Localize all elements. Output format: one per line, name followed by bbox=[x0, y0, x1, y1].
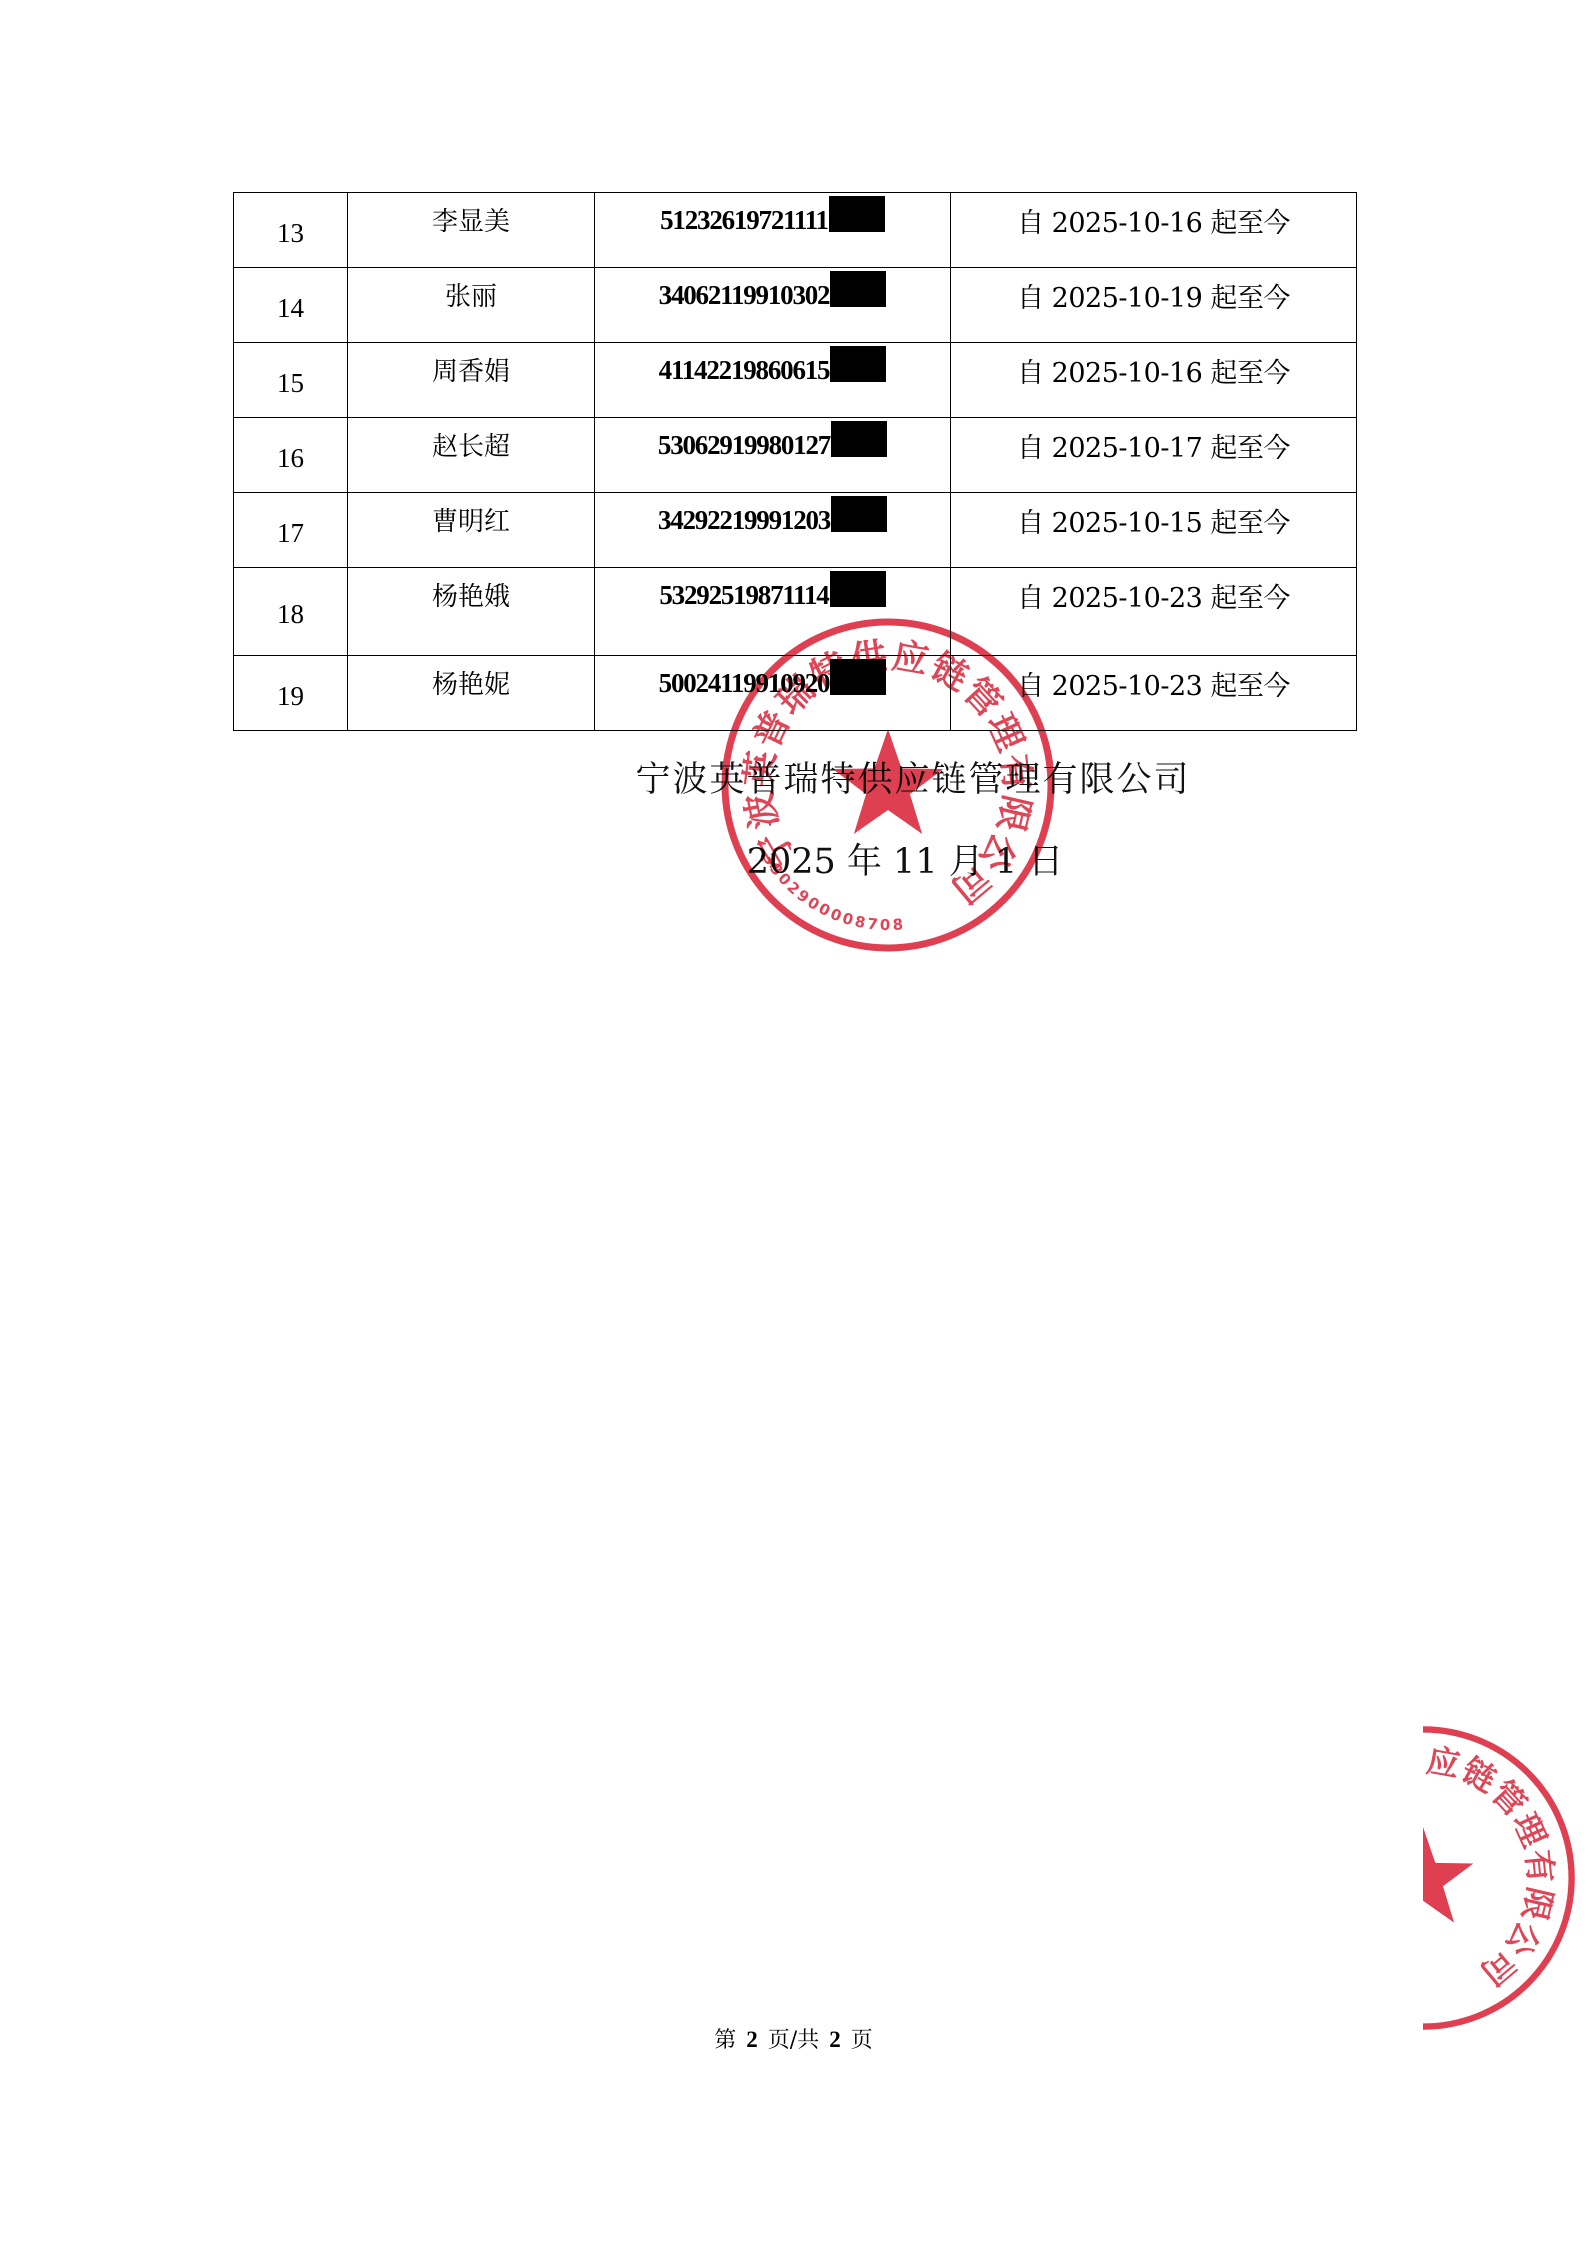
employment-period: 自 2025-10-16 起至今 bbox=[1017, 201, 1290, 240]
edge-seal: 宁波英普瑞特供应链管理有限公司 bbox=[1268, 1723, 1578, 2033]
seal-character: 应 bbox=[1424, 1741, 1463, 1784]
name-cell: 李显美 bbox=[348, 193, 595, 268]
seal-character: 波 bbox=[1287, 1881, 1331, 1921]
row-number-cell: 13 bbox=[234, 193, 348, 268]
seal-code-digit: 0 bbox=[816, 899, 833, 920]
seal-character: 司 bbox=[1473, 1942, 1523, 1992]
table-row: 19杨艳妮50024119910920自 2025-10-23 起至今 bbox=[234, 656, 1357, 731]
table-row: 15周香娟41142219860615自 2025-10-16 起至今 bbox=[234, 343, 1357, 418]
seal-code-digit: 0 bbox=[828, 905, 844, 926]
seal-character: 瑞 bbox=[1314, 1771, 1364, 1821]
row-number-cell: 14 bbox=[234, 268, 348, 343]
table-row: 16赵长超53062919980127自 2025-10-17 起至今 bbox=[234, 418, 1357, 493]
employee-table: 13李显美51232619721111自 2025-10-16 起至今14张丽3… bbox=[233, 192, 1357, 731]
table-row: 13李显美51232619721111自 2025-10-16 起至今 bbox=[234, 193, 1357, 268]
seal-character: 普 bbox=[1294, 1804, 1342, 1850]
footer-prefix: 第 bbox=[714, 2028, 736, 2053]
document-page: 13李显美51232619721111自 2025-10-16 起至今14张丽3… bbox=[0, 0, 1587, 2245]
seal-code-digit: 8 bbox=[892, 915, 904, 934]
id-cell: 41142219860615 bbox=[595, 343, 951, 418]
seal-character: 供 bbox=[1387, 1741, 1426, 1784]
star-icon bbox=[1373, 1827, 1474, 1923]
id-number: 53062919980127 bbox=[658, 430, 830, 461]
employee-name: 曹明红 bbox=[432, 501, 510, 538]
period-cell: 自 2025-10-16 起至今 bbox=[951, 343, 1357, 418]
row-number: 19 bbox=[277, 681, 304, 711]
redaction-block bbox=[831, 496, 887, 532]
seal-character: 有 bbox=[1519, 1848, 1560, 1884]
period-cell: 自 2025-10-16 起至今 bbox=[951, 193, 1357, 268]
employee-name: 杨艳娥 bbox=[432, 576, 510, 613]
period-cell: 自 2025-10-15 起至今 bbox=[951, 493, 1357, 568]
employee-name: 周香娟 bbox=[432, 351, 510, 388]
id-number: 50024119910920 bbox=[659, 668, 830, 699]
id-number: 34292219991203 bbox=[658, 505, 830, 536]
row-number-cell: 19 bbox=[234, 656, 348, 731]
redaction-block bbox=[830, 346, 886, 382]
table-row: 17曹明红34292219991203自 2025-10-15 起至今 bbox=[234, 493, 1357, 568]
page-footer: 第2页/共2页 bbox=[0, 2023, 1587, 2054]
row-number-cell: 18 bbox=[234, 568, 348, 656]
name-cell: 周香娟 bbox=[348, 343, 595, 418]
name-cell: 张丽 bbox=[348, 268, 595, 343]
seal-code-digit: 8 bbox=[853, 912, 867, 932]
redaction-block bbox=[830, 659, 886, 695]
seal-character: 公 bbox=[1498, 1915, 1548, 1963]
redaction-block bbox=[830, 571, 886, 607]
table-row: 18杨艳娥53292519871114自 2025-10-23 起至今 bbox=[234, 568, 1357, 656]
employee-name: 杨艳妮 bbox=[432, 664, 510, 701]
seal-character: 英 bbox=[1286, 1845, 1328, 1882]
footer-suffix: 页 bbox=[851, 2028, 873, 2053]
name-cell: 曹明红 bbox=[348, 493, 595, 568]
row-number: 16 bbox=[277, 443, 304, 473]
id-number: 41142219860615 bbox=[659, 355, 830, 386]
id-number: 53292519871114 bbox=[659, 580, 828, 611]
employment-period: 自 2025-10-23 起至今 bbox=[1017, 664, 1290, 703]
employment-period: 自 2025-10-23 起至今 bbox=[1017, 576, 1290, 615]
employment-period: 自 2025-10-16 起至今 bbox=[1017, 351, 1290, 390]
name-cell: 杨艳妮 bbox=[348, 656, 595, 731]
footer-middle: 页/共 bbox=[768, 2028, 819, 2053]
seal-code-digit: 9 bbox=[793, 886, 812, 907]
total-page-number: 2 bbox=[829, 2027, 841, 2052]
row-number-cell: 17 bbox=[234, 493, 348, 568]
row-number: 15 bbox=[277, 368, 304, 398]
id-cell: 51232619721111 bbox=[595, 193, 951, 268]
id-cell: 53062919980127 bbox=[595, 418, 951, 493]
id-cell: 50024119910920 bbox=[595, 656, 951, 731]
row-number-cell: 16 bbox=[234, 418, 348, 493]
employee-name: 李显美 bbox=[432, 201, 510, 238]
employment-period: 自 2025-10-19 起至今 bbox=[1017, 276, 1290, 315]
redaction-block bbox=[831, 421, 887, 457]
row-number: 18 bbox=[277, 599, 304, 629]
period-cell: 自 2025-10-17 起至今 bbox=[951, 418, 1357, 493]
id-cell: 34292219991203 bbox=[595, 493, 951, 568]
company-name: 宁波英普瑞特供应链管理有限公司 bbox=[633, 752, 1193, 802]
row-number-cell: 15 bbox=[234, 343, 348, 418]
redaction-block bbox=[830, 271, 886, 307]
redaction-block bbox=[829, 196, 885, 232]
name-cell: 赵长超 bbox=[348, 418, 595, 493]
seal-code-digit: 7 bbox=[866, 915, 878, 934]
id-cell: 34062119910302 bbox=[595, 268, 951, 343]
employee-name: 赵长超 bbox=[432, 426, 510, 463]
seal-character: 管 bbox=[1483, 1774, 1533, 1824]
period-cell: 自 2025-10-23 起至今 bbox=[951, 568, 1357, 656]
id-number: 34062119910302 bbox=[659, 280, 830, 311]
employee-name: 张丽 bbox=[445, 276, 497, 313]
row-number: 17 bbox=[277, 518, 304, 548]
seal-character: 限 bbox=[1515, 1884, 1559, 1925]
seal-code-digit: 0 bbox=[880, 916, 891, 934]
period-cell: 自 2025-10-19 起至今 bbox=[951, 268, 1357, 343]
period-cell: 自 2025-10-23 起至今 bbox=[951, 656, 1357, 731]
row-number: 13 bbox=[277, 218, 304, 248]
employee-table-body: 13李显美51232619721111自 2025-10-16 起至今14张丽3… bbox=[234, 193, 1357, 731]
name-cell: 杨艳娥 bbox=[348, 568, 595, 656]
table-row: 14张丽34062119910302自 2025-10-19 起至今 bbox=[234, 268, 1357, 343]
seal-ring bbox=[1274, 1729, 1571, 2026]
employment-period: 自 2025-10-15 起至今 bbox=[1017, 501, 1290, 540]
seal-character: 宁 bbox=[1297, 1912, 1346, 1960]
id-number: 51232619721111 bbox=[660, 205, 828, 236]
employment-period: 自 2025-10-17 起至今 bbox=[1017, 426, 1290, 465]
id-cell: 53292519871114 bbox=[595, 568, 951, 656]
current-page-number: 2 bbox=[746, 2027, 758, 2052]
seal-character: 理 bbox=[1505, 1807, 1553, 1853]
signature-date: 2025 年 11 月 1 日 bbox=[745, 834, 1065, 884]
seal-character: 链 bbox=[1455, 1751, 1502, 1800]
seal-character: 特 bbox=[1346, 1750, 1393, 1799]
seal-code-digit: 0 bbox=[840, 909, 855, 929]
row-number: 14 bbox=[277, 293, 304, 323]
seal-code-digit: 0 bbox=[804, 893, 822, 914]
